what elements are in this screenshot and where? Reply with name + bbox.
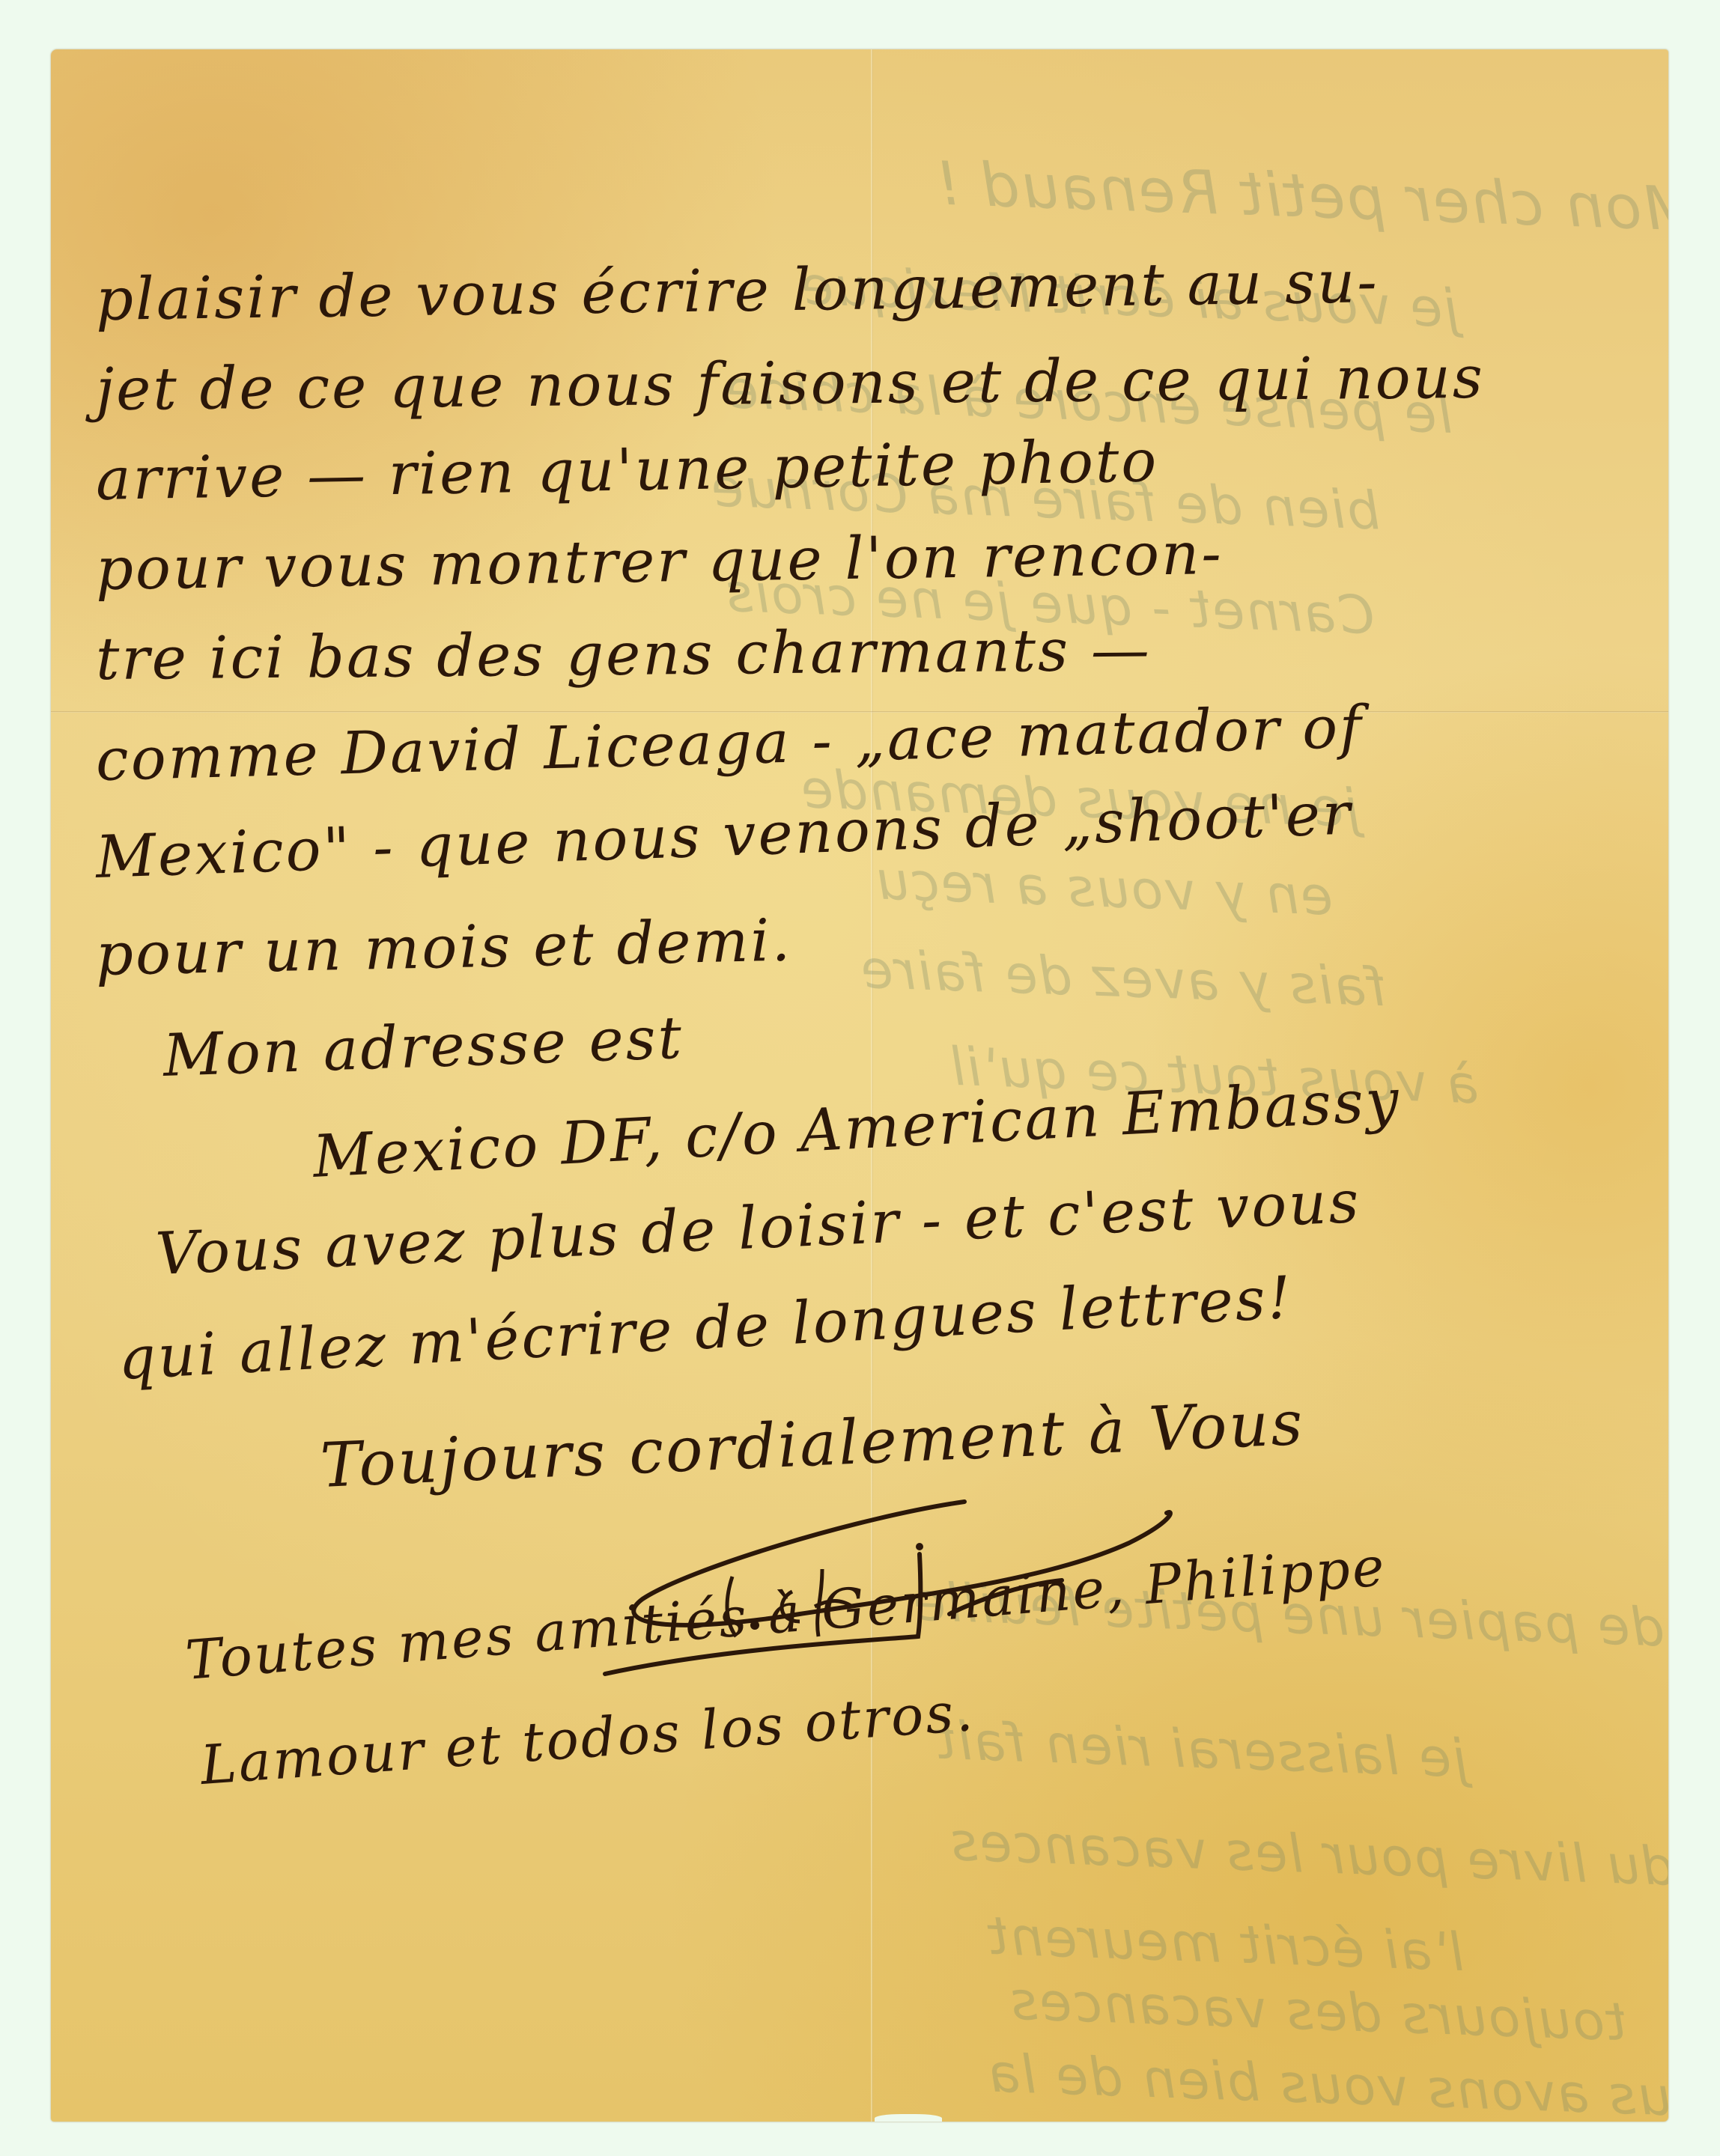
postscript-line-2: Lamour et todos los otros. bbox=[198, 1680, 976, 1797]
letter-line-2: jet de ce que nous faisons et de ce qui … bbox=[96, 344, 1486, 424]
bleed-through-line: du livre pour les vacances bbox=[949, 1811, 1668, 1898]
address-line: Mexico DF, c/o American Embassy bbox=[312, 1067, 1403, 1191]
bleed-through-line: toujours des vacances bbox=[1009, 1970, 1628, 2053]
address-intro: Mon adresse est bbox=[162, 1005, 684, 1090]
bleed-through-line: fais y avez de faire bbox=[859, 939, 1388, 1019]
bleed-through-line: Mon cher petit Renaud ! bbox=[934, 148, 1668, 244]
bleed-through-line: Nous avons vous bien de la bbox=[986, 2042, 1668, 2122]
letter-paper: Mon cher petit Renaud ! je vous ai écrit… bbox=[51, 49, 1668, 2122]
closing-line-2: qui allez m'écrire de longues lettres! bbox=[117, 1264, 1295, 1393]
letter-line-5: tre ici bas des gens charmants — bbox=[96, 617, 1152, 693]
paper-tear-notch bbox=[875, 2114, 942, 2122]
salutation: Toujours cordialement à Vous bbox=[319, 1388, 1306, 1502]
bleed-through-line: je laisserai rien fait bbox=[934, 1710, 1469, 1790]
letter-line-8: pour un mois et demi. bbox=[95, 907, 793, 989]
